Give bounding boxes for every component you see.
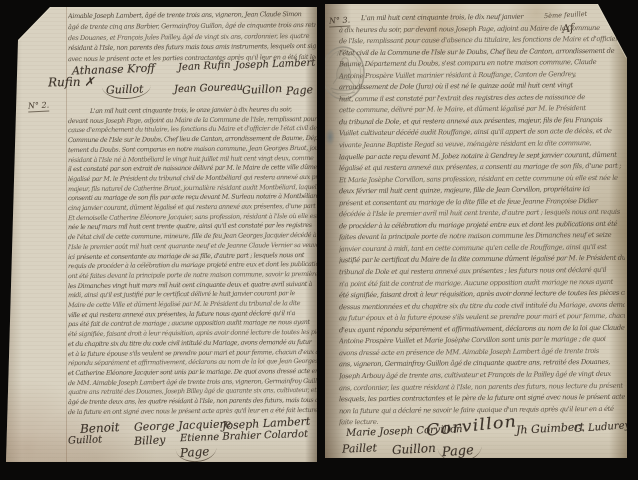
page-corner-fold-edge bbox=[18, 7, 51, 41]
signature: Guillon bbox=[392, 441, 436, 457]
signature: Guillon bbox=[242, 82, 283, 97]
signature: Billey bbox=[134, 433, 166, 448]
signature: Joseph Lambert bbox=[235, 58, 316, 72]
act-number-margin-note: N° 2. bbox=[28, 100, 50, 112]
act-2-text: L'an mil huit cent cinquante trois, le o… bbox=[68, 106, 318, 417]
ink-smudge bbox=[325, 128, 335, 146]
signature: Jean Rufin bbox=[178, 60, 231, 74]
signature: Guillot bbox=[102, 82, 152, 100]
register-page-left: Aimable Joseph Lambert, âgé de trente tr… bbox=[2, 7, 317, 462]
signature: Paillet bbox=[342, 441, 377, 455]
signature: Page bbox=[175, 444, 218, 464]
register-page-right: N° 3. 5ème feuillet Af L'an mil huit cen… bbox=[325, 4, 627, 458]
signature: Guillot bbox=[68, 434, 102, 446]
signature: Rufin ✗ bbox=[48, 75, 95, 90]
act-3-text: L'an mil huit cent cinquante trois, le d… bbox=[339, 12, 625, 428]
signature: Page bbox=[286, 83, 314, 98]
act-1-closing-text: Aimable Joseph Lambert, âgé de trente tr… bbox=[68, 10, 316, 64]
signature: Page bbox=[437, 442, 482, 463]
signature: Jean Goureau bbox=[174, 82, 243, 95]
scanned-register-photo: Aimable Joseph Lambert, âgé de trente tr… bbox=[0, 0, 638, 480]
